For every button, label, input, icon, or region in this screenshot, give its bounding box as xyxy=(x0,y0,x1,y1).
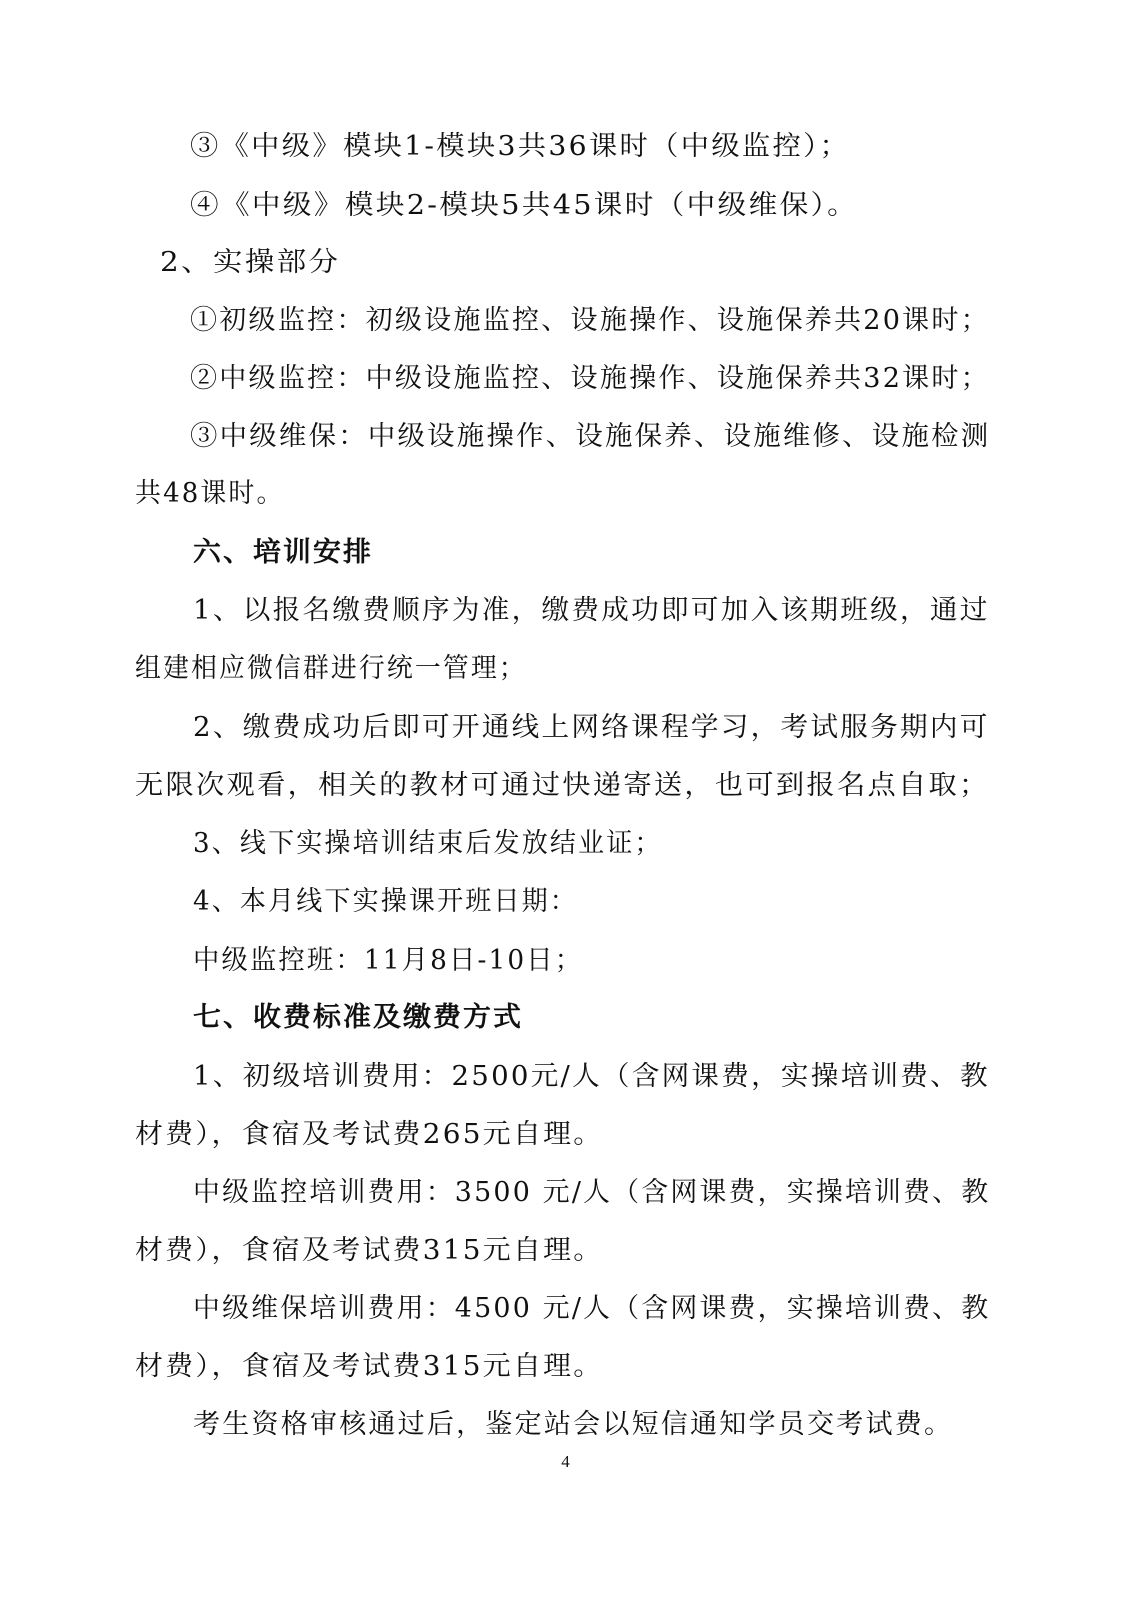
paragraph-line: 材费），食宿及考试费265元自理。 xyxy=(135,1118,603,1152)
paragraph-line: 考生资格审核通过后，鉴定站会以短信通知学员交考试费。 xyxy=(193,1408,953,1442)
section-heading: 六、培训安排 xyxy=(193,536,373,570)
section-heading: 七、收费标准及缴费方式 xyxy=(193,1001,523,1035)
paragraph-line: 中级监控班：11月8日-10日； xyxy=(193,944,583,978)
paragraph-line: ①初级监控：初级设施监控、设施操作、设施保养共20课时； xyxy=(190,304,990,338)
paragraph-line: 材费），食宿及考试费315元自理。 xyxy=(135,1350,603,1384)
paragraph-line: ③中级维保：中级设施操作、设施保养、设施维修、设施检测 xyxy=(190,420,990,454)
paragraph-line: 无限次观看，相关的教材可通过快递寄送，也可到报名点自取； xyxy=(135,769,990,803)
paragraph-line: ④《中级》模块2-模块5共45课时（中级维保）。 xyxy=(190,189,858,223)
page-number: 4 xyxy=(0,1452,1131,1472)
paragraph-line: 4、本月线下实操课开班日期： xyxy=(193,885,578,919)
paragraph-line: 2、缴费成功后即可开通线上网络课程学习，考试服务期内可 xyxy=(193,711,990,745)
paragraph-line: 1、以报名缴费顺序为准，缴费成功即可加入该期班级，通过 xyxy=(193,594,990,628)
document-page: ③《中级》模块1-模块3共36课时（中级监控）； ④《中级》模块2-模块5共45… xyxy=(0,0,1131,1600)
paragraph-line: 材费），食宿及考试费315元自理。 xyxy=(135,1234,603,1268)
paragraph-line: 1、初级培训费用：2500元/人（含网课费，实操培训费、教 xyxy=(193,1060,990,1094)
paragraph-line: ②中级监控：中级设施监控、设施操作、设施保养共32课时； xyxy=(190,362,990,396)
paragraph-line: 3、线下实操培训结束后发放结业证； xyxy=(193,827,663,861)
paragraph-line: 组建相应微信群进行统一管理； xyxy=(135,652,527,686)
paragraph-line: 共48课时。 xyxy=(135,477,285,511)
paragraph-line: ③《中级》模块1-模块3共36课时（中级监控）； xyxy=(190,130,850,164)
subsection-heading: 2、实操部分 xyxy=(160,246,340,280)
paragraph-line: 中级维保培训费用：4500 元/人（含网课费，实操培训费、教 xyxy=(193,1292,990,1326)
paragraph-line: 中级监控培训费用：3500 元/人（含网课费，实操培训费、教 xyxy=(193,1176,990,1210)
